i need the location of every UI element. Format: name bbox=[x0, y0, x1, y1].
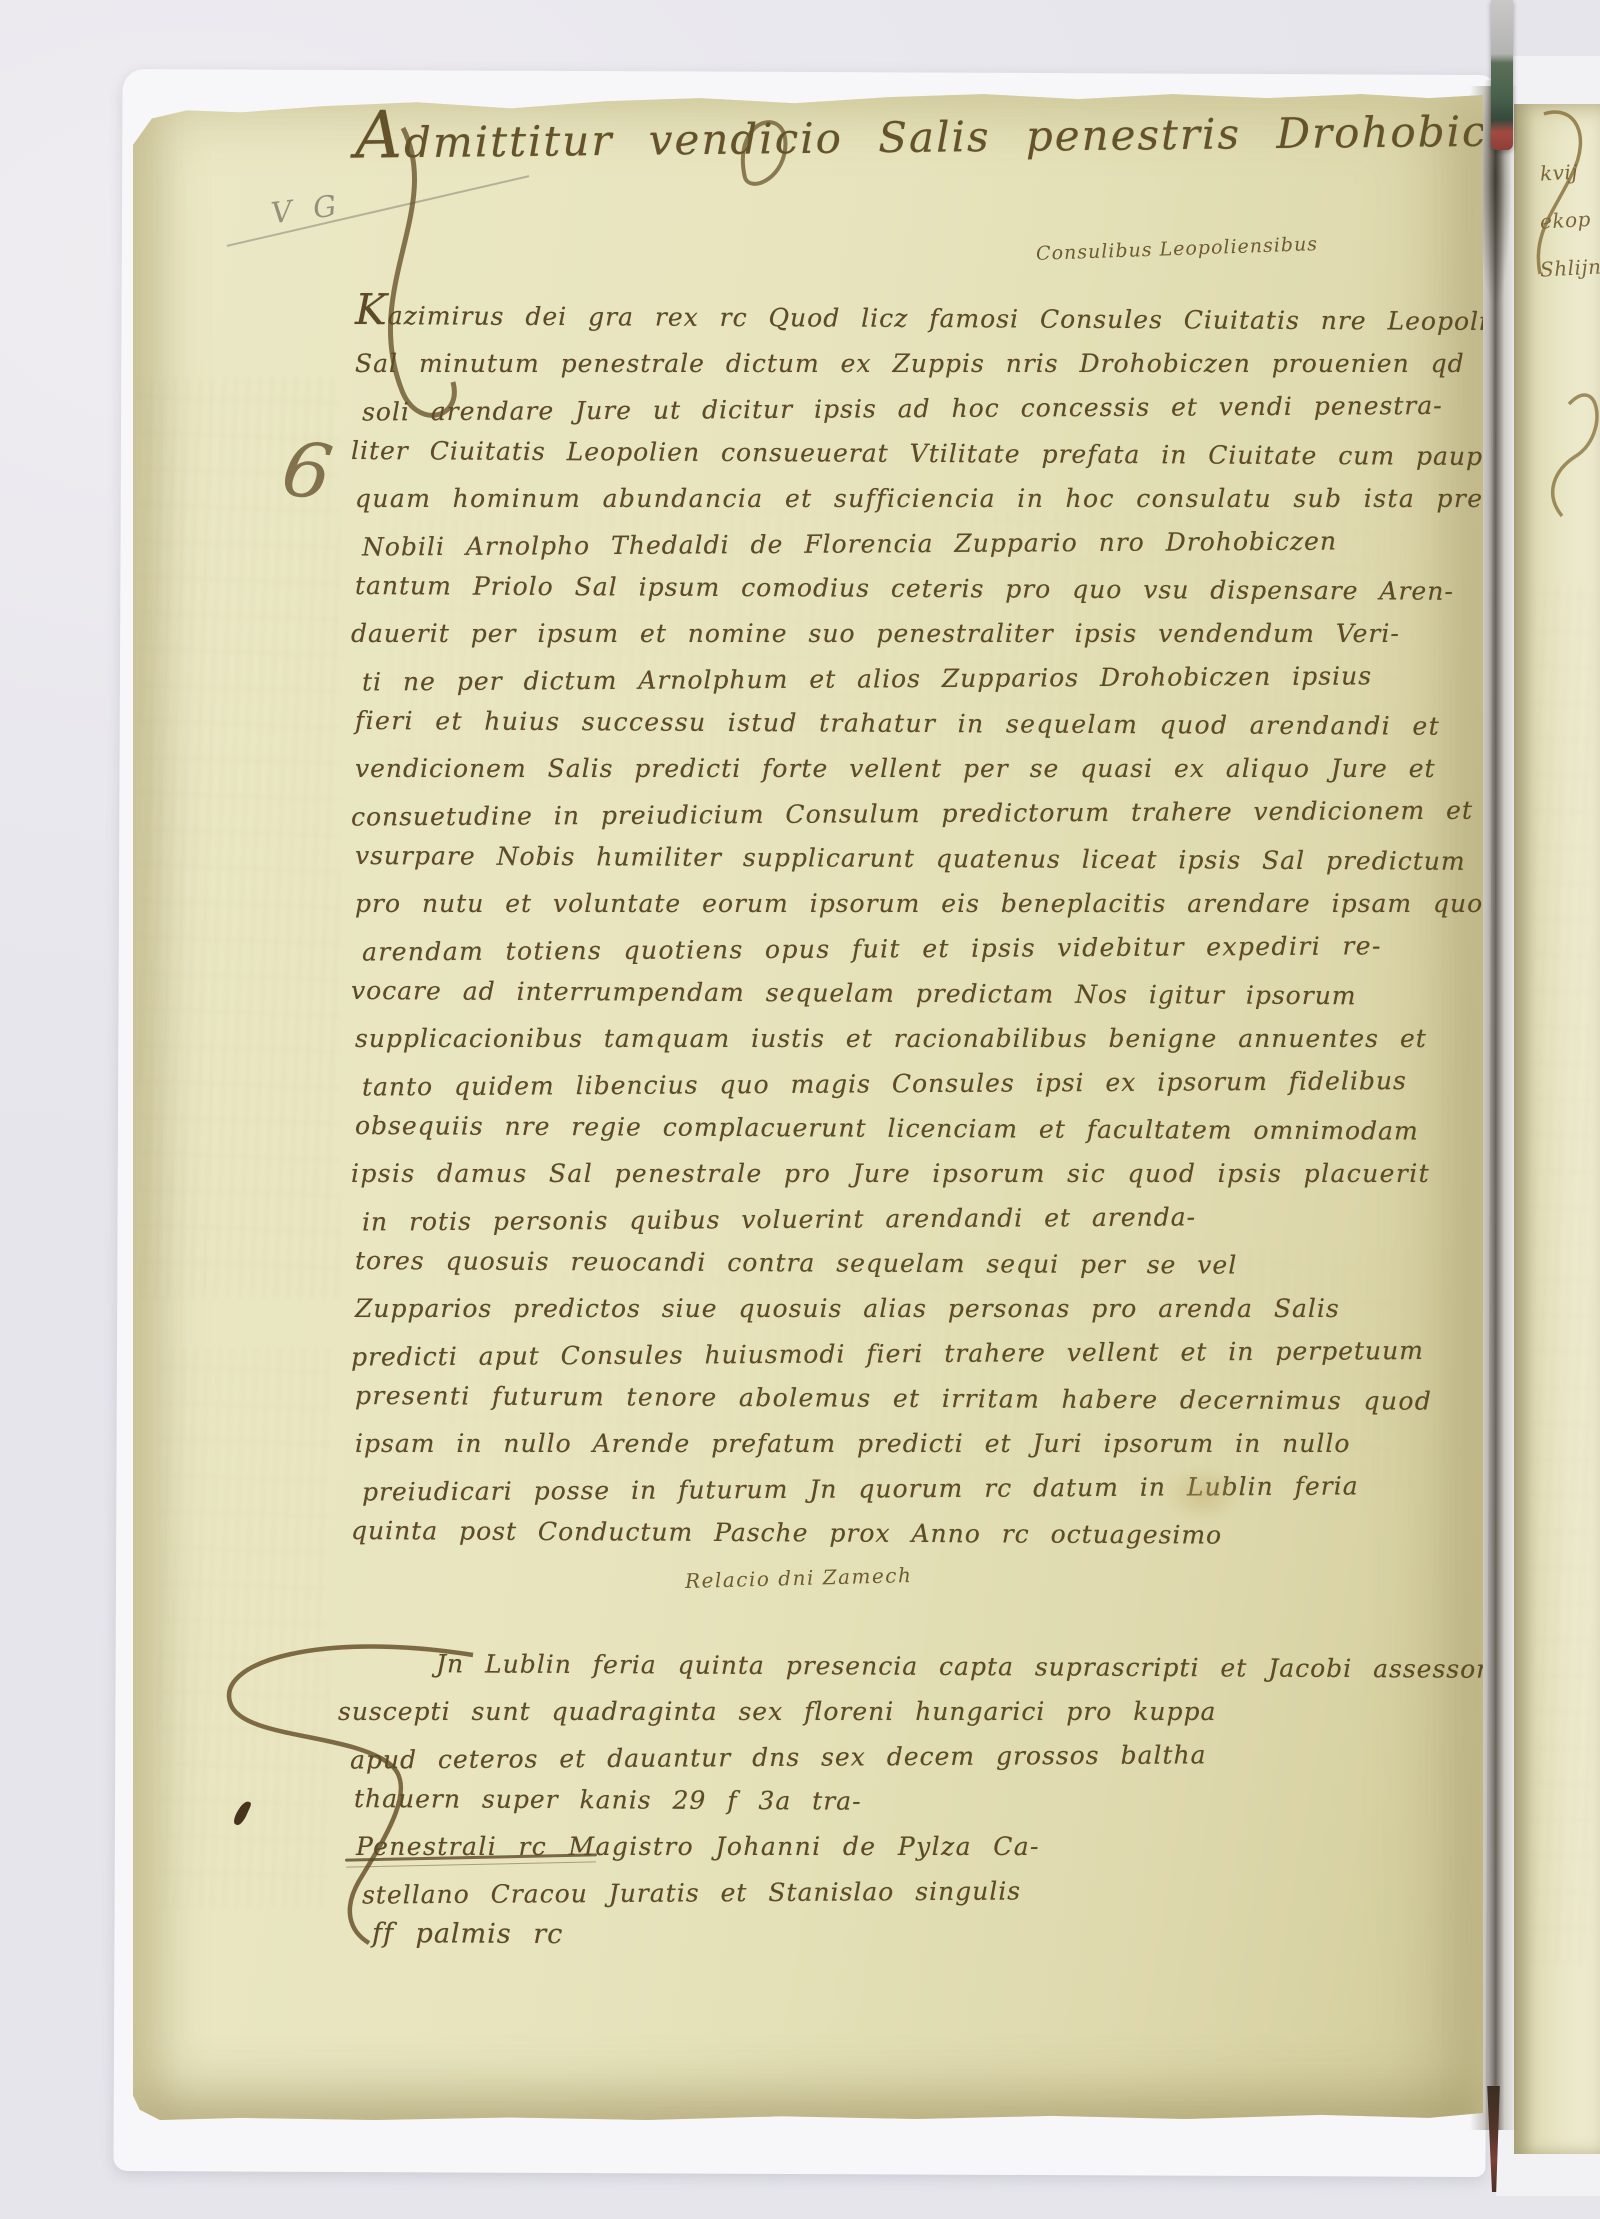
page-subheading: Consulibus Leopoliensibus bbox=[1036, 233, 1319, 265]
manuscript-text-line: in rotis personis quibus voluerint arend… bbox=[362, 1193, 1505, 1245]
manuscript-text-line: suscepti sunt quadraginta sex floreni hu… bbox=[338, 1689, 1498, 1734]
facing-page-text: kvijekopShlijn bbox=[1540, 160, 1600, 304]
manuscript-text-line: presenti futurum tenore abolemus et irri… bbox=[355, 1373, 1505, 1424]
latin-paragraph-2: Jn Lublin feria quinta presencia capta s… bbox=[338, 1644, 1498, 1959]
manuscript-text-line: quam hominum abundancia et sufficiencia … bbox=[355, 476, 1505, 521]
manuscript-text-line: Sal minutum penestrale dictum ex Zuppis … bbox=[355, 341, 1505, 386]
manuscript-text-line: ipsis damus Sal penestrale pro Jure ipso… bbox=[351, 1151, 1505, 1196]
manuscript-text-line: pro nutu et voluntate eorum ipsorum eis … bbox=[355, 881, 1505, 926]
margin-mark: 6 bbox=[276, 423, 338, 518]
manuscript-text-line: Nobili Arnolpho Thedaldi de Florencia Zu… bbox=[362, 518, 1505, 570]
manuscript-text-line: fieri et huius successu istud trahatur i… bbox=[355, 698, 1505, 749]
manuscript-text-line: predicti aput Consules huiusmodi fieri t… bbox=[351, 1327, 1505, 1379]
manuscript-text-line: soli arendare Jure ut dicitur ipsis ad h… bbox=[362, 383, 1505, 435]
manuscript-text-line: tantum Priolo Sal ipsum comodius ceteris… bbox=[355, 563, 1505, 614]
manuscript-text-line: thauern super kanis 29 f 3a tra- bbox=[354, 1776, 1498, 1827]
facing-page: kvijekopShlijn bbox=[1514, 104, 1600, 2154]
manuscript-text-line: dauerit per ipsum et nomine suo penestra… bbox=[351, 611, 1505, 656]
facing-page-line: ekop bbox=[1539, 206, 1600, 233]
bookmark-ribbon-icon bbox=[1491, 0, 1513, 150]
manuscript-text-line: vsurpare Nobis humiliter supplicarunt qu… bbox=[355, 833, 1505, 884]
manuscript-text-line: supplicacionibus tamquam iustis et racio… bbox=[355, 1016, 1505, 1061]
manuscript-text-line: tores quosuis reuocandi contra sequelam … bbox=[355, 1238, 1505, 1289]
manuscript-text-line: ti ne per dictum Arnolphum et alios Zupp… bbox=[362, 653, 1505, 705]
manuscript-text-line: tanto quidem libencius quo magis Consule… bbox=[362, 1058, 1505, 1110]
manuscript-text-line: preiudicari posse in futurum Jn quorum r… bbox=[362, 1463, 1505, 1515]
manuscript-text-line: obsequiis nre regie complacuerunt licenc… bbox=[355, 1103, 1505, 1154]
facing-page-line: Shlijn bbox=[1539, 254, 1600, 281]
manuscript-text-line: quinta post Conductum Pasche prox Anno r… bbox=[351, 1508, 1505, 1559]
relation-line: Relacio dni Zamech bbox=[685, 1563, 913, 1593]
facing-page-line: kvij bbox=[1539, 158, 1600, 185]
paper-stain bbox=[1163, 1466, 1243, 1522]
manuscript-text-line: Penestrali rc Magistro Johanni de Pylza … bbox=[356, 1824, 1498, 1869]
manuscript-text-line: Jn Lublin feria quinta presencia capta s… bbox=[436, 1641, 1498, 1692]
manuscript-text-line: consuetudine in preiudicium Consulum pre… bbox=[351, 787, 1505, 839]
manuscript-text-line: liter Ciuitatis Leopolien consueuerat Vt… bbox=[351, 428, 1505, 479]
manuscript-text-line: ff palmis rc bbox=[372, 1911, 1498, 1962]
manuscript-text-line: apud ceteros et dauantur dns sex decem g… bbox=[350, 1730, 1498, 1782]
manuscript-page: V G Admittitur vendicio Salis penestris … bbox=[133, 88, 1483, 2122]
manuscript-text-line: Kazimirus dei gra rex rc Quod licz famos… bbox=[355, 293, 1505, 344]
manuscript-text-line: Zupparios predictos siue quosuis alias p… bbox=[355, 1286, 1505, 1331]
latin-paragraph-1: Kazimirus dei gra rex rc Quod licz famos… bbox=[355, 296, 1505, 1556]
manuscript-text-line: vendicionem Salis predicti forte vellent… bbox=[355, 746, 1505, 791]
manuscript-text-line: arendam totiens quotiens opus fuit et ip… bbox=[362, 923, 1505, 975]
manuscript-text-line: ipsam in nullo Arende prefatum predicti … bbox=[355, 1421, 1505, 1466]
manuscript-text-line: vocare ad interrumpendam sequelam predic… bbox=[351, 968, 1505, 1019]
manuscript-text-line: stellano Cracou Juratis et Stanislao sin… bbox=[362, 1866, 1498, 1918]
